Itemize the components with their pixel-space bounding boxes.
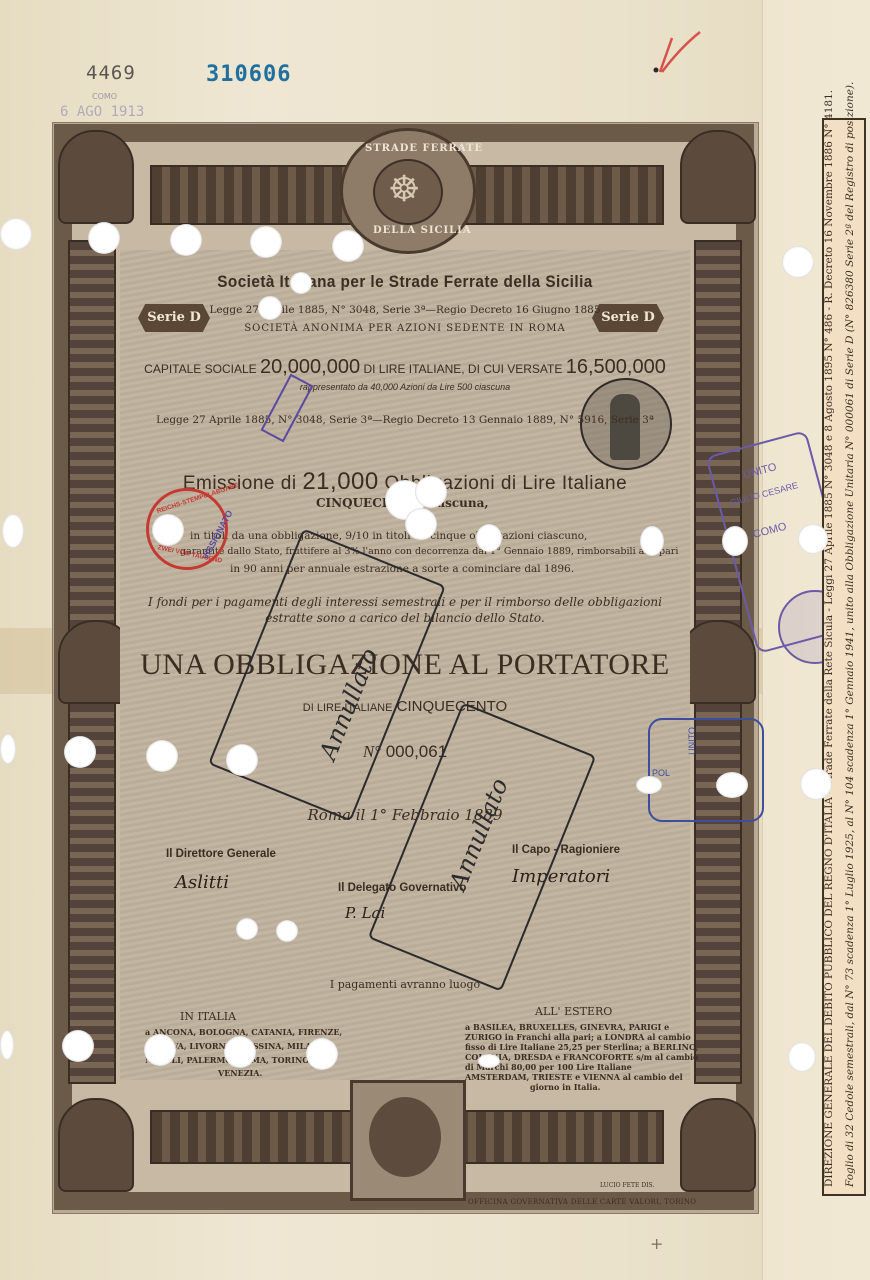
punch-hole — [415, 476, 447, 508]
abroad-line: fisso di Lire Italiane 25,25 per Sterlin… — [465, 1042, 698, 1052]
emission-body-1: in titoli da una obbligazione, 9/10 in t… — [190, 530, 587, 542]
punch-hole — [290, 272, 312, 294]
italy-heading: IN ITALIA — [180, 1010, 236, 1023]
society-line: SOCIETÀ ANONIMA PER AZIONI SEDENTE IN RO… — [120, 323, 690, 334]
decree-line-1: Legge 27 Aprile 1885, N° 3048, Serie 3ª—… — [120, 304, 690, 316]
bond-subtitle: DI LIRE ITALIANE CINQUECENTO — [120, 698, 690, 715]
punch-hole — [478, 1054, 500, 1068]
registry-number-blue: 310606 — [206, 62, 291, 87]
subtitle-amount: CINQUECENTO — [397, 698, 508, 715]
punch-hole — [152, 514, 184, 546]
punch-hole — [236, 918, 258, 940]
coupon-line-1: DIREZIONE GENERALE DEL DEBITO PUBBLICO D… — [823, 127, 835, 1187]
abroad-line: COLONIA, DRESDA e FRANCOFORTE s/m al cam… — [465, 1052, 698, 1062]
punch-hole — [62, 1030, 94, 1062]
punch-hole — [636, 776, 662, 794]
punch-hole — [88, 222, 120, 254]
decree-line-2: Legge 27 Aprile 1885, N° 3048, Serie 3ª—… — [120, 414, 690, 426]
punch-hole — [276, 920, 298, 942]
emission-body-2: garantite dallo Stato, fruttifere al 3% … — [180, 546, 678, 557]
medallion-top-text: STRADE FERRATE — [365, 143, 483, 154]
medallion-center: ☸ — [373, 159, 443, 225]
coupon-strip: DIREZIONE GENERALE DEL DEBITO PUBBLICO D… — [822, 118, 866, 1196]
postmark-city: COMO — [92, 92, 117, 101]
payments-heading: I pagamenti avranno luogo — [120, 978, 690, 991]
number-value: 000,061 — [386, 742, 447, 761]
punch-hole — [722, 526, 748, 556]
violet-stamp-line: GIULIO CESARE — [729, 480, 799, 508]
punch-hole — [0, 734, 16, 764]
abroad-line: ZURIGO in Franchi alla pari; a LONDRA al… — [465, 1032, 691, 1042]
capital-line: CAPITALE SOCIALE 20,000,000 DI LIRE ITAL… — [120, 356, 690, 379]
abroad-line: giorno in Italia. — [530, 1082, 600, 1092]
abroad-line: a BASILEA, BRUXELLES, GINEVRA, PARIGI e — [465, 1022, 669, 1032]
corner-crest-icon — [58, 130, 134, 224]
abroad-line: AMSTERDAM, TRIESTE e VIENNA al cambio de… — [465, 1072, 683, 1082]
punch-hole — [250, 226, 282, 258]
coupon-text: DIREZIONE GENERALE DEL DEBITO PUBBLICO D… — [832, 127, 856, 1187]
blue-stamp: UNITO POL — [648, 718, 764, 822]
postmark-date: 6 AGO 1913 — [60, 104, 144, 120]
director-signature: Aslitti — [175, 872, 229, 893]
punch-hole — [2, 514, 24, 548]
coupon-line-2: Foglio di 32 Cedole semestrali, dal N° 7… — [844, 127, 856, 1187]
abroad-heading: ALL' ESTERO — [535, 1005, 612, 1018]
italy-line: VENEZIA. — [218, 1068, 262, 1078]
punch-hole — [258, 296, 282, 320]
capital-amount: 20,000,000 — [260, 356, 360, 378]
medallion-bottom-text: DELLA SICILIA — [373, 225, 472, 236]
punch-hole — [798, 524, 828, 554]
emission-count: 21,000 — [302, 468, 378, 495]
director-label: Il Direttore Generale — [166, 848, 276, 860]
triskelion-icon: ☸ — [388, 169, 420, 210]
capital-label: CAPITALE SOCIALE — [144, 362, 256, 376]
side-crest-icon — [680, 620, 756, 704]
bond-number: N° 000,061 — [120, 742, 690, 762]
punch-hole — [476, 524, 502, 552]
punch-hole — [64, 736, 96, 768]
registry-number-grey: 4469 — [86, 62, 136, 84]
printer-credit: OFFICINA GOVERNATIVA DELLE CARTE VALORI,… — [468, 1198, 696, 1206]
punch-hole — [226, 744, 258, 776]
punch-hole — [800, 768, 832, 800]
engraver-credit: LUCIO FETE DIS. — [600, 1182, 654, 1189]
corner-crest-icon — [680, 1098, 756, 1192]
bottom-coat-of-arms — [350, 1080, 466, 1201]
punch-hole — [640, 526, 664, 556]
corner-crest-icon — [58, 1098, 134, 1192]
company-name: Società Italiana per le Strade Ferrate d… — [149, 272, 662, 292]
punch-hole — [332, 230, 364, 262]
capital-paid: 16,500,000 — [566, 356, 666, 378]
punch-hole — [788, 1042, 816, 1072]
punch-hole — [224, 1036, 256, 1068]
punch-hole — [405, 508, 437, 540]
red-checkmark-icon — [650, 28, 710, 78]
blue-stamp-line: UNITO — [687, 727, 697, 755]
punch-hole — [716, 772, 748, 798]
punch-hole — [146, 740, 178, 772]
capital-mid: DI LIRE ITALIANE, DI CUI VERSATE — [363, 362, 562, 376]
punch-hole — [170, 224, 202, 256]
violet-stamp-line: UNITO — [742, 461, 778, 481]
punch-hole — [144, 1034, 176, 1066]
corner-crest-icon — [680, 130, 756, 224]
place-date: Roma il 1° Febbraio 1889 — [120, 806, 690, 824]
punch-hole — [782, 246, 814, 278]
registration-mark-icon: + — [650, 1234, 663, 1253]
punch-hole — [0, 1030, 14, 1060]
violet-stamp-line: COMO — [752, 521, 788, 541]
punch-hole — [306, 1038, 338, 1070]
punch-hole — [0, 218, 32, 250]
